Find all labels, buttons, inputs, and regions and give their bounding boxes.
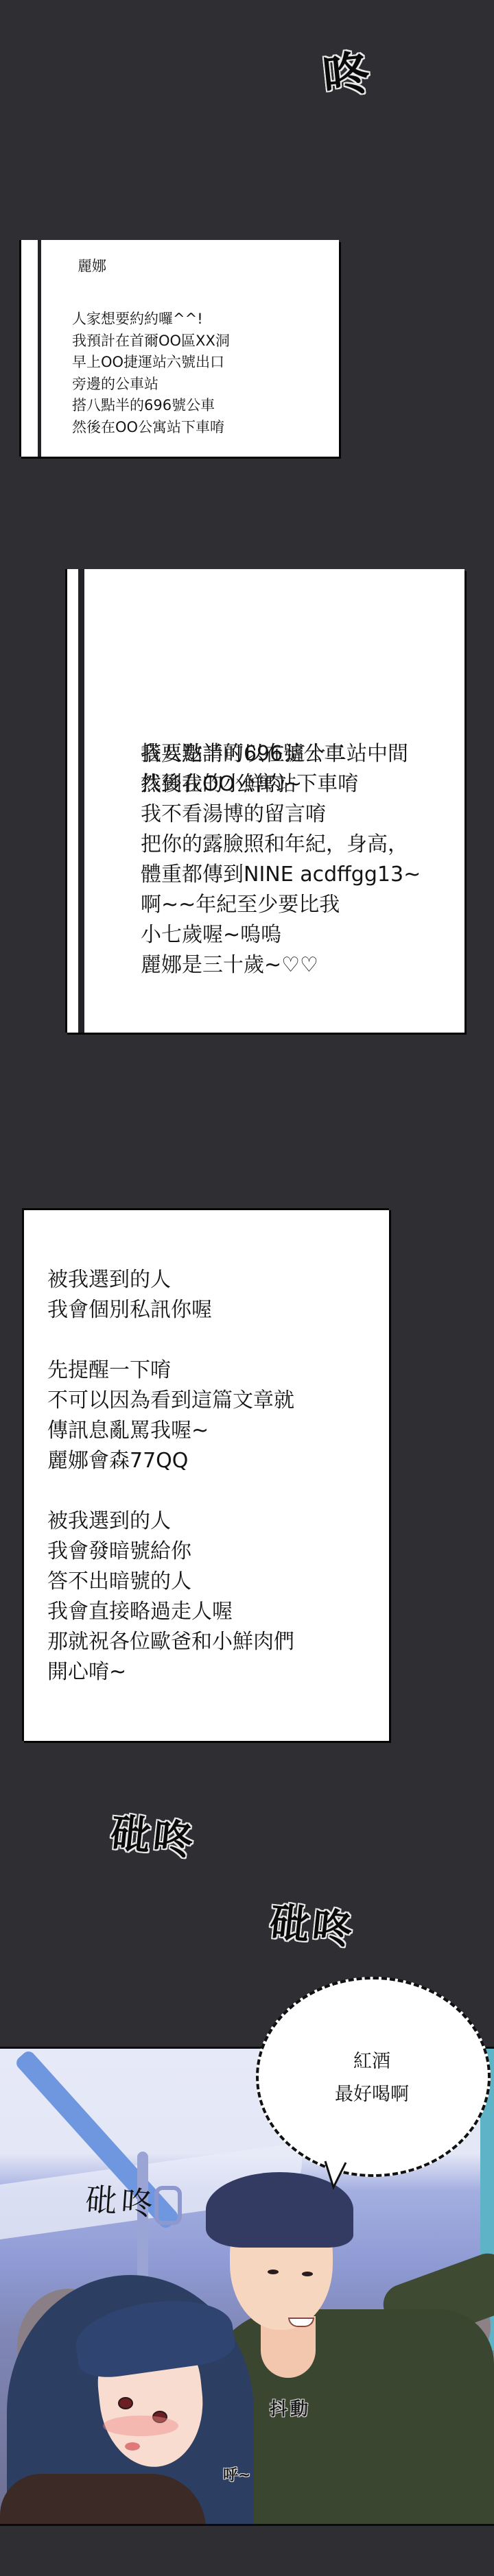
sfx-shake: 抖動 <box>270 2395 311 2420</box>
sfx-sigh: 呼~ <box>223 2464 250 2485</box>
speech-bubble-text: 紅酒 最好喝啊 <box>256 2045 488 2111</box>
speech-bubble: 紅酒 最好喝啊 <box>256 1977 488 2176</box>
woman-top <box>0 2474 206 2526</box>
speech-bubble-tail <box>322 2160 350 2191</box>
woman-lips <box>125 2442 140 2451</box>
note-message-text: 人家想要約約囉^^! 我預計在首爾OO區XX洞 早上OO捷運站六號出口 旁邊的公… <box>72 309 230 438</box>
note-content-area: 搭八點半的696號公車 然後在OO公寓站下車唷 我要邀請可以在這十二站中間 找到… <box>84 569 464 1033</box>
sfx-knock-2: 砒咚 <box>268 1890 358 1956</box>
man-eye <box>268 2270 279 2274</box>
note-divider <box>38 240 41 457</box>
message-note-3: 被我選到的人 我會個別私訊你喔 先提醒一下唷 不可以因為看到這篇文章就 傳訊息亂… <box>22 1208 389 1741</box>
woman-blush <box>103 2416 178 2436</box>
sfx-knock-panel: 砒咚 <box>84 2174 158 2224</box>
note-divider <box>78 569 84 1033</box>
message-note-1: 麗娜 人家想要約約囉^^! 我預計在首爾OO區XX洞 早上OO捷運站六號出口 旁… <box>19 240 339 457</box>
note-edge-strip <box>65 569 78 1033</box>
hand-strap <box>154 2186 182 2225</box>
sfx-dong: 咚 <box>319 36 375 107</box>
man-eye <box>302 2272 313 2276</box>
note-sender-name: 麗娜 <box>78 255 106 276</box>
note-edge-strip <box>19 240 38 457</box>
woman-eye <box>118 2397 133 2409</box>
sfx-knock-1: 砒咚 <box>108 1801 199 1867</box>
message-note-2: 搭八點半的696號公車 然後在OO公寓站下車唷 我要邀請可以在這十二站中間 找到… <box>65 569 464 1033</box>
note-message-text: 被我選到的人 我會個別私訊你喔 先提醒一下唷 不可以因為看到這篇文章就 傳訊息亂… <box>47 1265 294 1687</box>
note-message-text: 我要邀請可以在這十二站中間 找到我的小鮮肉~ 我不看湯博的留言唷 把你的露臉照和… <box>141 739 421 980</box>
